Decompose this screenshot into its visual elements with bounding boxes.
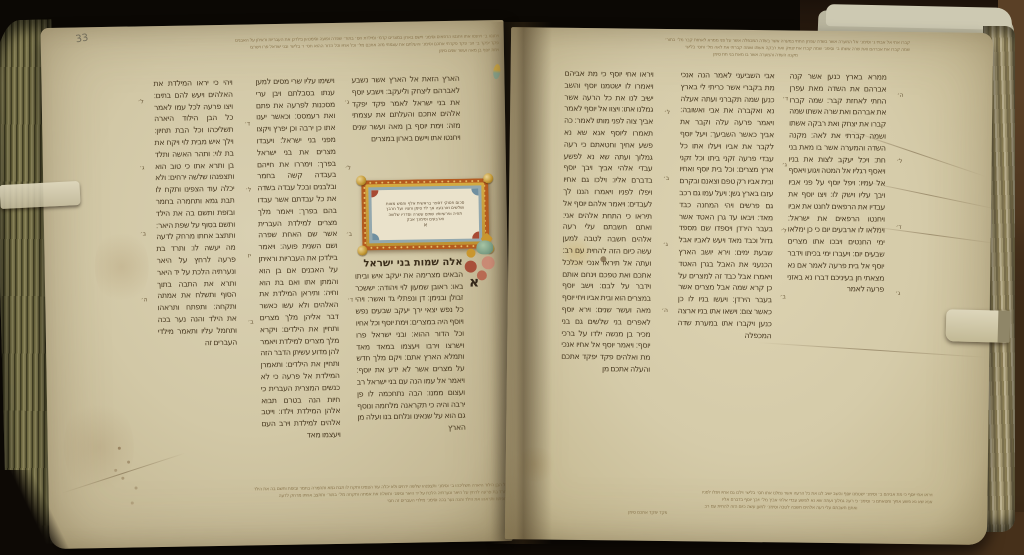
panel-corner-ornament	[471, 188, 478, 195]
masora-parva-note: ה׳	[892, 92, 909, 158]
parchment-freckles	[118, 447, 121, 450]
masora-parva-note: ג׳	[339, 99, 356, 165]
panel-colophon-text: סכום פסוקי דספר בראשית אלף וחמש מאות ושל…	[381, 200, 469, 222]
pendant-teal-dome	[476, 240, 493, 254]
panel-corner-knob	[483, 173, 493, 183]
masora-parva-notes: ד׳ ג׳ ל׳ ב׳	[774, 95, 793, 359]
masora-parva-note: יז	[241, 252, 258, 318]
folio-number: 33	[75, 32, 89, 45]
text-column-genesis-50b: אבי השביעני לאמר הנה אנכי מת בקברי אשר כ…	[676, 69, 775, 483]
manuscript-photograph: 33 ויחנטו ב׳ ויחנטו אתו ויחנטו הרפאים וס…	[0, 0, 1024, 555]
parchment-stain	[512, 447, 558, 482]
masora-parva-note: ל׳	[340, 165, 357, 231]
masora-parva-note: ב׳	[658, 175, 675, 241]
panel-corner-ornament	[372, 233, 379, 240]
genesis-ending-text: הארץ הזאת אל הארץ אשר נשבע לאברהם ליצחק …	[351, 73, 461, 181]
masora-parva-note: ג׳	[889, 290, 906, 356]
masora-parva-note: ב׳	[341, 231, 358, 297]
masora-parva-note: ב׳	[243, 318, 260, 384]
panel-center: סכום פסוקי דספר בראשית אלף וחמש מאות ושל…	[371, 188, 479, 240]
parchment-tab-right	[946, 309, 1009, 343]
masora-parva-note: ג׳	[657, 241, 674, 307]
masora-parva-note: ד׳	[342, 297, 359, 363]
masora-parva-note: ב׳	[774, 293, 791, 359]
pendant-gold-bead	[466, 249, 475, 258]
text-column-genesis-50c: ויראו אחי יוסף כי מת אביהם ויאמרו לו ישט…	[560, 68, 654, 482]
masora-parva-note: ד׳	[890, 224, 907, 290]
masora-parva-note: ד׳	[239, 120, 256, 186]
panel-corner-knob	[356, 175, 366, 185]
pendant-rose-bead	[482, 256, 495, 269]
masora-parva-notes: ל׳ ג׳ ב׳ ה׳	[133, 98, 154, 362]
masora-parva-note: ה׳	[136, 296, 153, 362]
masora-parva-notes: ה׳ ל׳ ד׳ ג׳	[889, 92, 908, 356]
masora-parva-note: ד׳	[777, 95, 794, 161]
initial-aleph: א	[469, 274, 479, 290]
right-page: קברו אתי אל אבתי ג׳ וסימנ׳ אל המערה אשר …	[505, 27, 993, 545]
masora-parva-note: ה׳	[656, 307, 673, 373]
panel-corner-ornament	[371, 190, 378, 197]
masora-magna-top-line: מקנה השדה והמערה אשר בו מאת בני חת סימן	[568, 50, 798, 60]
parchment-tab-left	[0, 181, 81, 209]
parchment-crease	[867, 226, 993, 244]
shadow-bottom-left	[0, 470, 80, 555]
panel-mark: א	[424, 222, 428, 228]
masora-parva-note: ג׳	[776, 161, 793, 227]
masora-parva-note: ג׳	[134, 164, 151, 230]
masora-parva-note: ב׳	[135, 230, 152, 296]
gutter-ornament	[492, 64, 501, 80]
masora-parva-note: ל׳	[133, 98, 150, 164]
exodus-opening-text: הבאים מצרימה את יעקב איש וביתו באו׃ ראוב…	[355, 269, 466, 472]
text-column-genesis-end-exodus-begin: הארץ הזאת אל הארץ אשר נשבע לאברהם ליצחק …	[351, 73, 466, 476]
masora-parva-note: ל׳	[891, 158, 908, 224]
masora-parva-notes: ל׳ ב׳ ג׳ ה׳	[656, 109, 675, 373]
masora-parva-note: ל׳	[240, 186, 257, 252]
masora-magna-bottom-line: פקד יפקד אתכם סימן	[557, 509, 667, 517]
text-column-exodus-2: ויהי כי יראו המילדת את האלהים ויעש להם ב…	[153, 77, 239, 479]
text-column-genesis-50a: ממרא בארץ כנען אשר קנה אברהם את השדה מאת…	[785, 70, 887, 484]
left-page: 33 ויחנטו ב׳ ויחנטו אתו ויחנטו הרפאים וס…	[40, 20, 512, 549]
pendant-red-bead	[465, 261, 477, 273]
masora-magna-top-line: וימת יוסף בן מאה ועשר שנים סימן	[339, 47, 499, 57]
masora-parva-note: ל׳	[658, 109, 675, 175]
text-column-exodus-1: וישימו עליו שרי מסים למען ענתו בסבלתם וי…	[255, 75, 341, 477]
masora-parva-note: ל׳	[775, 227, 792, 293]
